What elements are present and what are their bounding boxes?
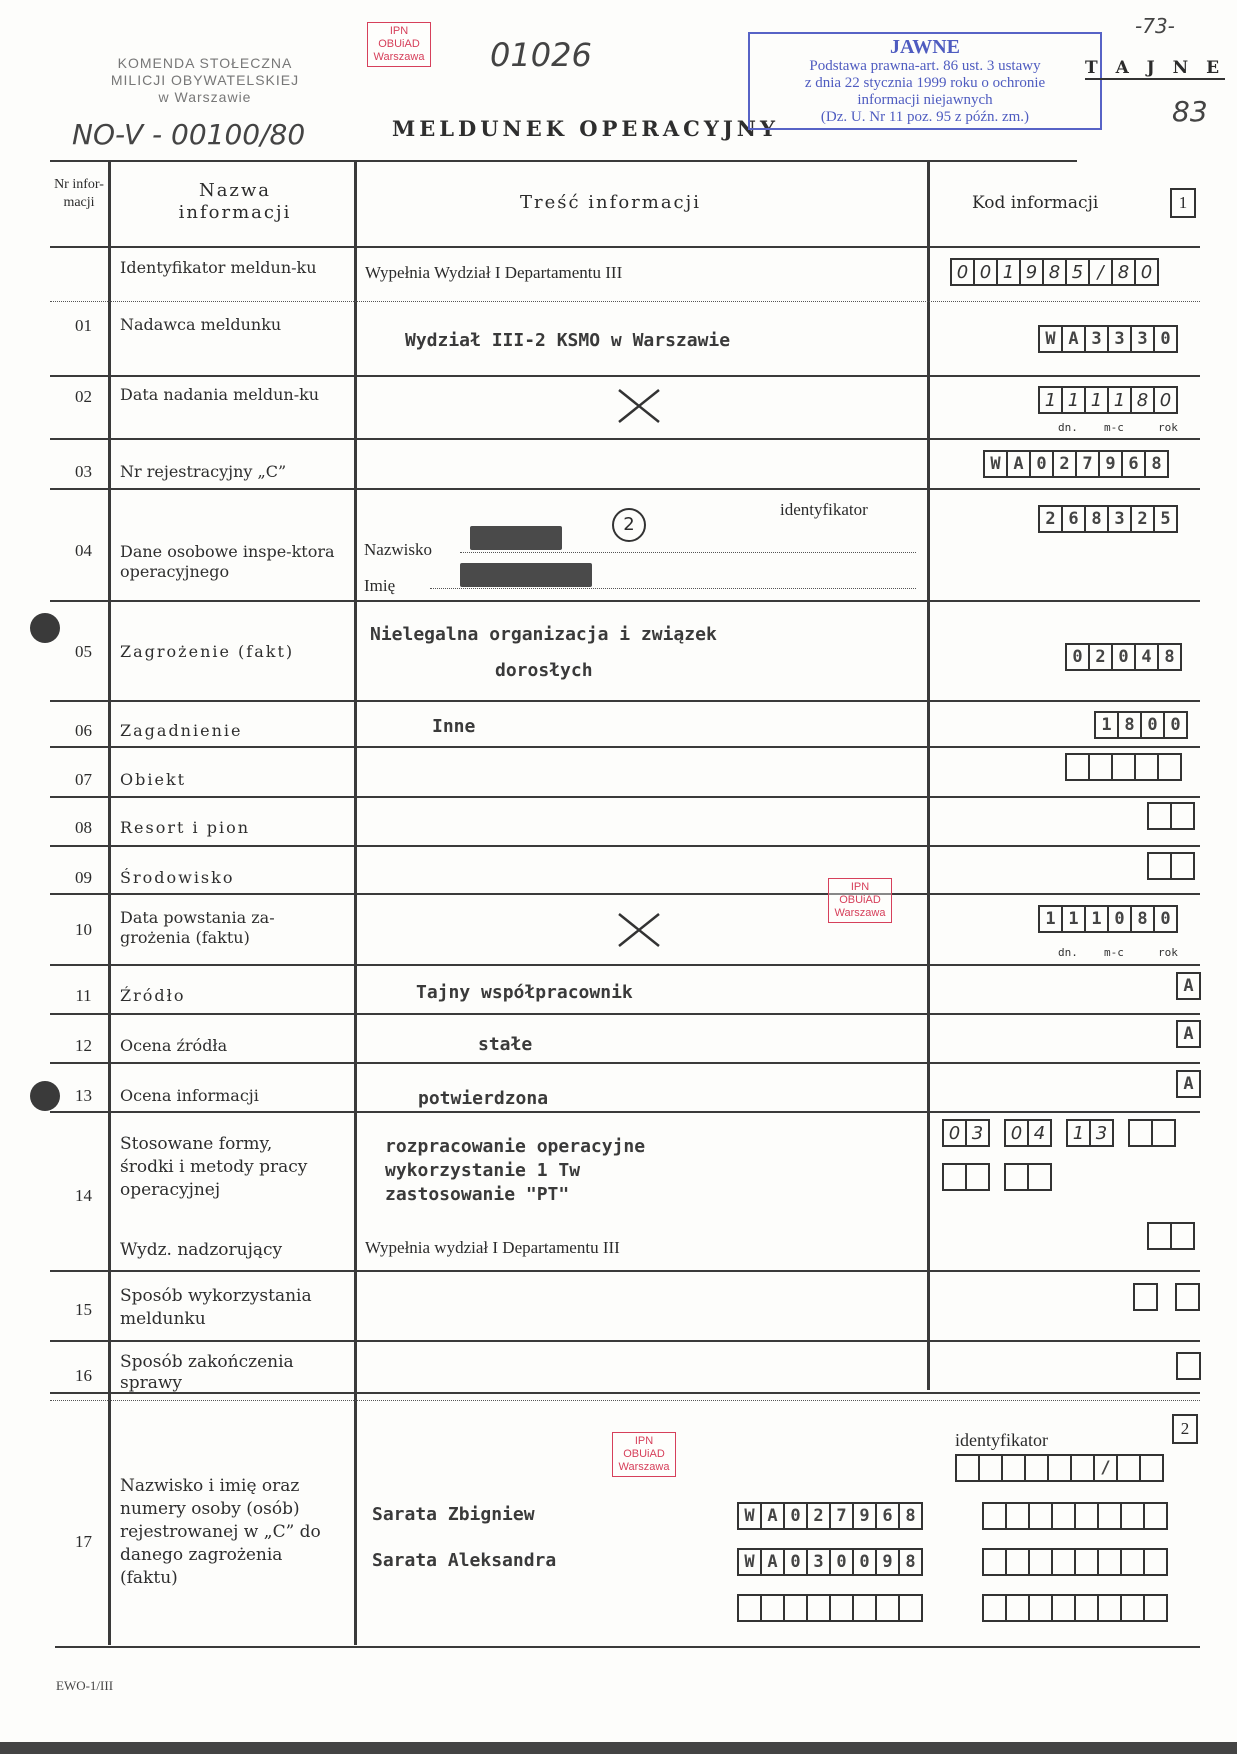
- row-label-nr-rejestracyjny: Nr rejestracyjny „C”: [120, 462, 330, 482]
- cross-mark-icon: [617, 912, 661, 948]
- column-header-tresc: Treść informacji: [520, 192, 701, 213]
- column-header-nr: Nr infor- macji: [50, 176, 108, 212]
- code-cell[interactable]: 0: [1153, 327, 1176, 351]
- row-label-identyfikator: Identyfikator meldun-ku: [120, 258, 345, 278]
- code-cell[interactable]: /: [1093, 1456, 1116, 1480]
- org-line: KOMENDA STOŁECZNA: [70, 55, 340, 72]
- row-nr: 11: [60, 986, 107, 1006]
- row-label-zagadnienie: Zagadnienie: [120, 721, 330, 741]
- row-label-ocena-informacji: Ocena informacji: [120, 1086, 330, 1106]
- code-cell[interactable]: [1143, 1550, 1166, 1574]
- code-cell[interactable]: 0: [1107, 907, 1130, 931]
- stamp-line: Warszawa: [371, 51, 427, 64]
- code-cell[interactable]: 0: [1111, 645, 1134, 669]
- code-cell[interactable]: [806, 1596, 829, 1620]
- row-divider: [50, 1340, 1200, 1342]
- code-cell[interactable]: 0: [829, 1550, 852, 1574]
- row-divider: [50, 1270, 1200, 1272]
- code-obiekt[interactable]: [1065, 753, 1182, 781]
- stamp-line: OBUiAD: [616, 1448, 672, 1461]
- row-nr: 15: [60, 1300, 107, 1320]
- row-divider: [50, 746, 1200, 748]
- code-cell[interactable]: [1027, 1165, 1050, 1189]
- code-cell[interactable]: A: [1061, 327, 1084, 351]
- column-header-nr-text: Nr infor- macji: [54, 177, 104, 210]
- row-nr: 02: [60, 387, 107, 407]
- circled-number-text: 2: [623, 514, 634, 535]
- stamp-line: IPN: [832, 881, 888, 894]
- page-mark-top: -73-: [1135, 14, 1175, 38]
- code-inspektor-ident[interactable]: 268325: [1038, 505, 1178, 533]
- code-group[interactable]: 13: [1066, 1119, 1114, 1147]
- code-ocena-zrodla[interactable]: A: [1176, 1020, 1201, 1048]
- code-cell[interactable]: A: [760, 1504, 783, 1528]
- code-cell[interactable]: 1: [1040, 907, 1061, 931]
- code-sposob-zakonczenia[interactable]: [1176, 1352, 1201, 1380]
- row-divider: [50, 845, 1200, 847]
- row-nr: 01: [60, 316, 107, 336]
- declassification-stamp: JAWNE Podstawa prawna-art. 86 ust. 3 ust…: [748, 32, 1102, 130]
- code-cell[interactable]: 2: [1052, 452, 1075, 476]
- row-divider: [50, 893, 1200, 895]
- code-ocena-informacji[interactable]: A: [1176, 1070, 1201, 1098]
- code-group[interactable]: [1128, 1119, 1176, 1147]
- code-cell[interactable]: [1120, 1504, 1143, 1528]
- row-nr: 17: [60, 1532, 107, 1552]
- code-cell[interactable]: 1: [1107, 388, 1130, 412]
- code-cell[interactable]: [1177, 1285, 1198, 1309]
- row-nr: 09: [60, 868, 107, 888]
- row-content-formy-line1: rozpracowanie operacyjne: [385, 1136, 645, 1157]
- row-divider: [50, 1013, 1200, 1015]
- row-content-formy-line2: wykorzystanie 1 Tw: [385, 1160, 580, 1181]
- org-line: MILICJI OBYWATELSKIEJ: [70, 72, 340, 89]
- date-sublabel-month: m-c: [1104, 946, 1124, 959]
- row-divider: [50, 488, 1200, 490]
- ident-label: identyfikator: [780, 500, 868, 520]
- code-cell[interactable]: [1074, 1596, 1097, 1620]
- code-cell[interactable]: 3: [1107, 507, 1130, 531]
- row-label-stosowane-formy: Stosowane formy, środki i metody pracy o…: [120, 1133, 320, 1202]
- row-nr: 10: [60, 920, 107, 940]
- kod-information-number: 1: [1170, 188, 1196, 218]
- page-mark-handwritten: 83: [1172, 95, 1208, 128]
- code-cell[interactable]: 2: [806, 1504, 829, 1528]
- code-cell[interactable]: [1120, 1550, 1143, 1574]
- code-cell[interactable]: [1130, 1121, 1151, 1145]
- code-cell[interactable]: 3: [1089, 1121, 1112, 1145]
- code-cell[interactable]: [965, 1165, 988, 1189]
- code-cell[interactable]: 6: [875, 1504, 898, 1528]
- classification-label: T A J N E: [1085, 58, 1225, 80]
- surname-field[interactable]: [460, 552, 916, 553]
- code-cell[interactable]: [1051, 1504, 1074, 1528]
- col-divider: [108, 160, 111, 1645]
- code-cell[interactable]: 1: [996, 260, 1019, 284]
- code-cell[interactable]: [1088, 755, 1111, 779]
- row-divider: [50, 600, 1200, 602]
- person-c-number[interactable]: [737, 1594, 923, 1622]
- row-nr: 04: [60, 541, 107, 561]
- code-cell[interactable]: 3: [1107, 327, 1130, 351]
- row-content-formy-line3: zastosowanie "PT": [385, 1184, 569, 1205]
- person-name: Sarata Zbigniew: [372, 1504, 535, 1525]
- row-divider: [50, 796, 1200, 798]
- code-cell[interactable]: 2: [1088, 645, 1111, 669]
- ident-label: identyfikator: [955, 1430, 1048, 1451]
- handwritten-reference: NO-V - 00100/80: [72, 118, 305, 151]
- code-cell[interactable]: [1111, 755, 1134, 779]
- code-cell[interactable]: [898, 1596, 921, 1620]
- form-code: EWO-1/III: [56, 1678, 113, 1694]
- code-data-powstania[interactable]: 111080: [1038, 905, 1178, 933]
- code-wydz-nadzorujacy[interactable]: [1147, 1222, 1195, 1250]
- code-cell[interactable]: 1: [1061, 388, 1084, 412]
- row-content-zagadnienie: Inne: [432, 716, 475, 737]
- stamp-line: (Dz. U. Nr 11 poz. 95 z późn. zm.): [756, 109, 1094, 126]
- stamp-title: JAWNE: [756, 36, 1094, 58]
- surname-label: Nazwisko: [364, 540, 432, 560]
- code-cell[interactable]: 9: [852, 1504, 875, 1528]
- code-cell[interactable]: 0: [1140, 713, 1163, 737]
- code-cell[interactable]: 7: [1075, 452, 1098, 476]
- code-zagadnienie[interactable]: 1800: [1094, 711, 1188, 739]
- date-sublabel-year: rok: [1158, 946, 1178, 959]
- ipn-stamp-middle: IPN OBUiAD Warszawa: [828, 878, 892, 923]
- code-cell[interactable]: 0: [973, 260, 996, 284]
- stamp-line: OBUiAD: [371, 38, 427, 51]
- code-cell[interactable]: [1028, 1504, 1051, 1528]
- code-cell[interactable]: [1006, 1165, 1027, 1189]
- code-cell[interactable]: 0: [852, 1550, 875, 1574]
- code-cell[interactable]: [1170, 854, 1193, 878]
- table-top-border: [50, 160, 1077, 162]
- row-label-resort: Resort i pion: [120, 818, 330, 838]
- code-cell[interactable]: [1051, 1596, 1074, 1620]
- date-sublabel-year: rok: [1158, 421, 1178, 434]
- code-cell[interactable]: 0: [1163, 713, 1186, 737]
- scan-edge: [0, 1742, 1237, 1754]
- row-label-nadawca: Nadawca meldunku: [120, 315, 330, 335]
- row-nr: 12: [60, 1036, 107, 1056]
- code-cell[interactable]: A: [1178, 974, 1199, 998]
- code-cell[interactable]: 8: [898, 1550, 921, 1574]
- code-cell[interactable]: 7: [829, 1504, 852, 1528]
- code-cell[interactable]: 9: [1019, 260, 1042, 284]
- code-cell[interactable]: [1170, 804, 1193, 828]
- code-cell[interactable]: [1070, 1456, 1093, 1480]
- code-cell[interactable]: [1047, 1456, 1070, 1480]
- code-identyfikator: 001985/80: [950, 258, 1159, 286]
- code-cell[interactable]: 9: [875, 1550, 898, 1574]
- row-label-zagrozenie: Zagrożenie (fakt): [120, 642, 350, 662]
- code-nadawca[interactable]: WA3330: [1038, 325, 1178, 353]
- identifier-boxes[interactable]: /: [955, 1454, 1164, 1482]
- code-nr-rejestracyjny[interactable]: WA027968: [983, 450, 1169, 478]
- code-cell[interactable]: /: [1088, 260, 1111, 284]
- column-header-kod: Kod informacji: [972, 193, 1098, 213]
- code-cell[interactable]: 3: [1130, 327, 1153, 351]
- code-srodowisko[interactable]: [1147, 852, 1195, 880]
- person-identifier[interactable]: [982, 1502, 1168, 1530]
- row-content-zagrozenie-line1: Nielegalna organizacja i związek: [370, 624, 717, 645]
- row-content-wydz-nadzorujacy: Wypełnia wydział I Departamentu III: [365, 1238, 620, 1258]
- kod-information-number: 2: [1172, 1414, 1198, 1444]
- code-cell[interactable]: 5: [1153, 507, 1176, 531]
- row-nr: 13: [60, 1086, 107, 1106]
- code-cell[interactable]: 0: [1029, 452, 1052, 476]
- ipn-stamp-bottom: IPN OBUiAD Warszawa: [612, 1432, 676, 1477]
- stamp-line: informacji niejawnych: [756, 92, 1094, 109]
- row-nr: 03: [60, 462, 107, 482]
- code-cell[interactable]: 3: [965, 1121, 988, 1145]
- redacted-surname: [470, 526, 562, 550]
- stamp-line: Warszawa: [832, 907, 888, 920]
- code-cell[interactable]: [1151, 1121, 1174, 1145]
- code-cell[interactable]: 8: [1130, 388, 1153, 412]
- code-cell[interactable]: [1005, 1504, 1028, 1528]
- row-divider-dotted: [50, 1400, 1200, 1401]
- code-cell[interactable]: [1097, 1596, 1120, 1620]
- row-label-wydz-nadzorujacy: Wydz. nadzorujący: [120, 1240, 330, 1260]
- row-nr: 16: [60, 1366, 107, 1386]
- person-c-number[interactable]: WA027968: [737, 1502, 923, 1530]
- row-nr: 07: [60, 770, 107, 790]
- person-c-number[interactable]: WA030098: [737, 1548, 923, 1576]
- code-cell[interactable]: W: [985, 452, 1006, 476]
- name-label: Imię: [364, 576, 395, 596]
- row-label-data-nadania: Data nadania meldun-ku: [120, 385, 330, 405]
- code-cell[interactable]: [1149, 1224, 1170, 1248]
- code-cell[interactable]: [739, 1596, 760, 1620]
- code-cell[interactable]: [1178, 1354, 1199, 1378]
- code-cell[interactable]: 0: [944, 1121, 965, 1145]
- code-cell[interactable]: 8: [1130, 907, 1153, 931]
- stamp-line: IPN: [371, 25, 427, 38]
- org-line: w Warszawie: [70, 89, 340, 106]
- code-cell[interactable]: 6: [1121, 452, 1144, 476]
- code-box[interactable]: [1175, 1283, 1200, 1311]
- code-cell[interactable]: [875, 1596, 898, 1620]
- row-label-nazwisko-osoby: Nazwisko i imię oraz numery osoby (osób)…: [120, 1475, 345, 1590]
- row-nr: 06: [60, 721, 107, 741]
- code-cell[interactable]: [1074, 1550, 1097, 1574]
- code-cell[interactable]: 8: [1111, 260, 1134, 284]
- code-cell[interactable]: [984, 1504, 1005, 1528]
- circled-number: 2: [612, 508, 646, 542]
- code-cell[interactable]: 3: [1084, 327, 1107, 351]
- code-cell[interactable]: 0: [1153, 388, 1176, 412]
- code-cell[interactable]: [1116, 1456, 1139, 1480]
- code-cell[interactable]: [829, 1596, 852, 1620]
- code-cell[interactable]: [1028, 1596, 1051, 1620]
- table-bottom-border: [55, 1646, 1200, 1648]
- code-cell[interactable]: [984, 1550, 1005, 1574]
- code-cell[interactable]: [1097, 1550, 1120, 1574]
- code-cell[interactable]: W: [1040, 327, 1061, 351]
- stamp-line: OBUiAD: [832, 894, 888, 907]
- code-group[interactable]: 04: [1004, 1119, 1052, 1147]
- code-cell[interactable]: 0: [783, 1504, 806, 1528]
- code-cell[interactable]: [1028, 1550, 1051, 1574]
- code-cell[interactable]: 4: [1134, 645, 1157, 669]
- row-label-data-powstania: Data powstania za-grożenia (faktu): [120, 908, 330, 948]
- name-field[interactable]: [430, 588, 916, 589]
- code-cell[interactable]: 1: [1040, 388, 1061, 412]
- code-cell[interactable]: A: [1178, 1072, 1199, 1096]
- code-cell[interactable]: 0: [783, 1550, 806, 1574]
- cross-mark-icon: [617, 388, 661, 424]
- code-cell[interactable]: 8: [1042, 260, 1065, 284]
- code-cell[interactable]: [1149, 804, 1170, 828]
- code-cell[interactable]: 4: [1027, 1121, 1050, 1145]
- code-group[interactable]: [1004, 1163, 1052, 1191]
- code-cell[interactable]: [1005, 1596, 1028, 1620]
- code-cell[interactable]: 0: [1153, 907, 1176, 931]
- code-cell[interactable]: [1134, 755, 1157, 779]
- code-group[interactable]: 03: [942, 1119, 990, 1147]
- code-cell[interactable]: 0: [952, 260, 973, 284]
- code-cell[interactable]: 9: [1098, 452, 1121, 476]
- row-label-ocena-zrodla: Ocena źródła: [120, 1036, 330, 1056]
- code-cell[interactable]: [1051, 1550, 1074, 1574]
- code-zrodlo[interactable]: A: [1176, 972, 1201, 1000]
- code-cell[interactable]: 0: [1134, 260, 1157, 284]
- date-sublabel-month: m-c: [1104, 421, 1124, 434]
- row-divider: [50, 438, 1200, 440]
- handwritten-number: 01026: [490, 36, 592, 74]
- stamp-line: Warszawa: [616, 1461, 672, 1474]
- stamp-line: IPN: [616, 1435, 672, 1448]
- row-label-zrodlo: Źródło: [120, 986, 330, 1006]
- row-nr: 05: [60, 642, 107, 662]
- code-cell[interactable]: 1: [1084, 388, 1107, 412]
- row-divider-dotted: [50, 301, 1200, 302]
- row-divider: [50, 246, 1200, 248]
- stamp-line: z dnia 22 stycznia 1999 roku o ochronie: [756, 75, 1094, 92]
- row-label-srodowisko: Środowisko: [120, 868, 330, 888]
- code-cell[interactable]: [1143, 1596, 1166, 1620]
- code-cell[interactable]: [852, 1596, 875, 1620]
- row-divider: [50, 1062, 1200, 1064]
- person-identifier[interactable]: [982, 1594, 1168, 1622]
- punch-hole: [30, 1081, 60, 1111]
- row-divider: [50, 964, 1200, 966]
- ipn-stamp-top: IPN OBUiAD Warszawa: [367, 22, 431, 67]
- code-cell[interactable]: [1005, 1550, 1028, 1574]
- redacted-name: [460, 563, 592, 587]
- code-cell[interactable]: 1: [1061, 907, 1084, 931]
- code-cell[interactable]: [1001, 1456, 1024, 1480]
- code-cell[interactable]: 0: [1006, 1121, 1027, 1145]
- code-cell[interactable]: [1139, 1456, 1162, 1480]
- code-cell[interactable]: 8: [1084, 507, 1107, 531]
- code-cell[interactable]: W: [739, 1504, 760, 1528]
- code-cell[interactable]: 5: [1065, 260, 1088, 284]
- code-cell[interactable]: 3: [806, 1550, 829, 1574]
- col-divider: [354, 160, 357, 1645]
- code-cell[interactable]: [1170, 1224, 1193, 1248]
- code-cell[interactable]: 6: [1061, 507, 1084, 531]
- row-divider: [50, 700, 1200, 702]
- row-label-sposob-wykorzystania: Sposób wykorzystania meldunku: [120, 1285, 350, 1331]
- code-cell[interactable]: [1149, 854, 1170, 878]
- row-content-nadawca: Wydział III-2 KSMO w Warszawie: [405, 330, 730, 351]
- punch-hole: [30, 613, 60, 643]
- row-content-identyfikator: Wypełnia Wydział I Departamentu III: [365, 263, 622, 283]
- code-cell[interactable]: A: [1178, 1022, 1199, 1046]
- row-content-ocena-informacji: potwierdzona: [418, 1088, 548, 1109]
- row-content-ocena-zrodla: stałe: [478, 1034, 532, 1055]
- code-cell[interactable]: [1097, 1504, 1120, 1528]
- row-content-zagrozenie-line2: dorosłych: [495, 660, 593, 681]
- code-cell[interactable]: [984, 1596, 1005, 1620]
- row-divider: [50, 1111, 1200, 1113]
- code-cell[interactable]: 1: [1084, 907, 1107, 931]
- code-group[interactable]: [942, 1163, 990, 1191]
- code-box[interactable]: [1133, 1283, 1158, 1311]
- row-divider: [50, 375, 1200, 377]
- column-header-nazwa: Nazwa informacji: [160, 180, 310, 224]
- code-cell[interactable]: 1: [1068, 1121, 1089, 1145]
- row-label-obiekt: Obiekt: [120, 770, 330, 790]
- code-cell[interactable]: 8: [898, 1504, 921, 1528]
- code-cell[interactable]: [1120, 1596, 1143, 1620]
- code-cell[interactable]: 8: [1144, 452, 1167, 476]
- code-cell[interactable]: 2: [1040, 507, 1061, 531]
- row-nr: 08: [60, 818, 107, 838]
- code-data-nadania[interactable]: 111180: [1038, 386, 1178, 414]
- date-sublabel-day: dn.: [1058, 946, 1078, 959]
- code-cell[interactable]: [1157, 755, 1180, 779]
- person-name: Sarata Aleksandra: [372, 1550, 556, 1571]
- code-cell[interactable]: [1135, 1285, 1156, 1309]
- code-cell[interactable]: W: [739, 1550, 760, 1574]
- row-label-dane-osobowe: Dane osobowe inspe-ktora operacyjnego: [120, 542, 345, 582]
- issuing-authority: KOMENDA STOŁECZNA MILICJI OBYWATELSKIEJ …: [70, 55, 340, 106]
- stamp-line: Podstawa prawna-art. 86 ust. 3 ustawy: [756, 58, 1094, 75]
- code-cell[interactable]: [1143, 1504, 1166, 1528]
- code-cell[interactable]: [1067, 755, 1088, 779]
- code-cell[interactable]: 0: [1067, 645, 1088, 669]
- code-cell[interactable]: [1024, 1456, 1047, 1480]
- document-title: MELDUNEK OPERACYJNY: [392, 116, 779, 141]
- code-cell[interactable]: [978, 1456, 1001, 1480]
- code-cell[interactable]: 2: [1130, 507, 1153, 531]
- code-cell[interactable]: A: [1006, 452, 1029, 476]
- date-sublabel-day: dn.: [1058, 421, 1078, 434]
- code-cell[interactable]: [957, 1456, 978, 1480]
- code-cell[interactable]: [783, 1596, 806, 1620]
- col-divider: [927, 160, 930, 1390]
- code-cell[interactable]: [760, 1596, 783, 1620]
- code-cell[interactable]: A: [760, 1550, 783, 1574]
- code-cell[interactable]: 8: [1157, 645, 1180, 669]
- code-cell[interactable]: [944, 1165, 965, 1189]
- row-nr: 14: [60, 1186, 107, 1206]
- code-zagrozenie[interactable]: 02048: [1065, 643, 1182, 671]
- row-content-zrodlo: Tajny współpracownik: [416, 982, 633, 1003]
- person-identifier[interactable]: [982, 1548, 1168, 1576]
- code-cell[interactable]: 1: [1096, 713, 1117, 737]
- code-resort[interactable]: [1147, 802, 1195, 830]
- code-cell[interactable]: 8: [1117, 713, 1140, 737]
- row-label-sposob-zakonczenia: Sposób zakończenia sprawy: [120, 1352, 350, 1394]
- code-cell[interactable]: [1074, 1504, 1097, 1528]
